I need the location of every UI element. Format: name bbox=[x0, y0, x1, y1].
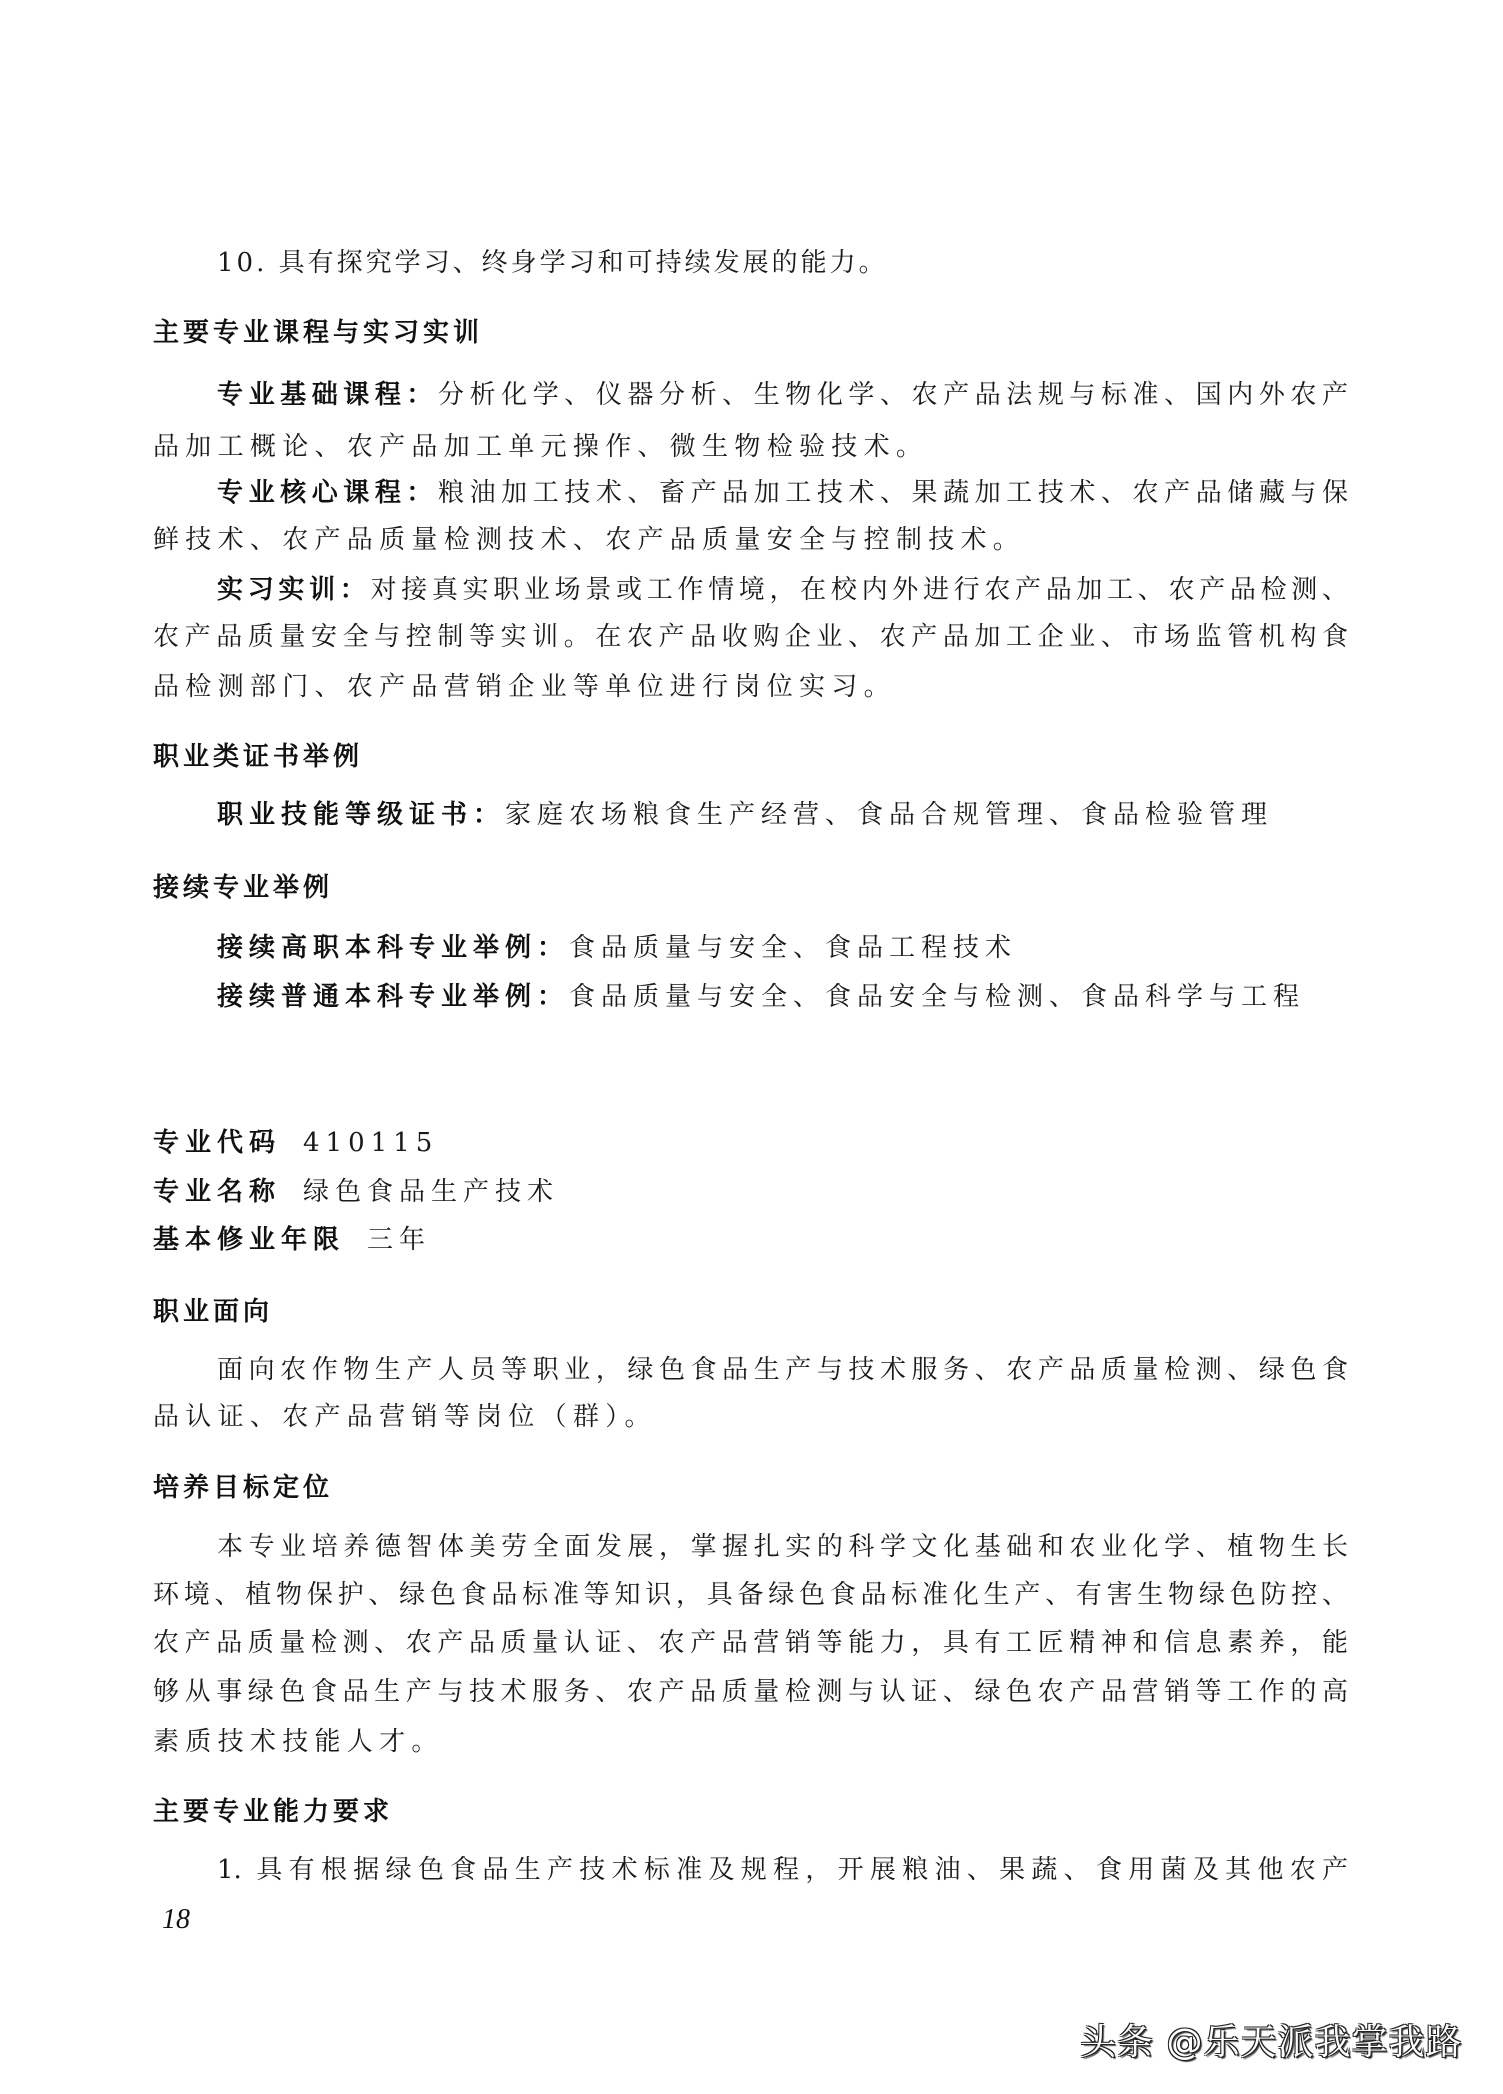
basic-courses-line-1: 专业基础课程：分析化学、仪器分析、生物化学、农产品法规与标准、国内外农产 bbox=[217, 378, 1348, 412]
major-duration-value: 三年 bbox=[367, 1225, 431, 1255]
core-courses-line-1: 专业核心课程：粮油加工技术、畜产品加工技术、果蔬加工技术、农产品储藏与保 bbox=[217, 476, 1348, 510]
basic-courses-line-2: 品加工概论、农产品加工单元操作、微生物检验技术。 bbox=[153, 430, 928, 464]
section-heading-certificates: 职业类证书举例 bbox=[153, 740, 363, 774]
major-duration-label: 基本修业年限 bbox=[153, 1225, 345, 1255]
section-heading-objective: 培养目标定位 bbox=[153, 1471, 333, 1505]
major-name-row: 专业名称绿色食品生产技术 bbox=[153, 1175, 559, 1209]
continuation-general: 接续普通本科专业举例：食品质量与安全、食品安全与检测、食品科学与工程 bbox=[217, 980, 1305, 1014]
objective-line-4: 够从事绿色食品生产与技术服务、农产品质量检测与认证、绿色农产品营销等工作的高 bbox=[153, 1675, 1348, 1709]
practice-label: 实习实训： bbox=[217, 575, 370, 605]
certificates-label: 职业技能等级证书： bbox=[217, 800, 505, 830]
objective-line-1: 本专业培养德智体美劳全面发展，掌握扎实的科学文化基础和农业化学、植物生长 bbox=[217, 1530, 1348, 1564]
career-line-2: 品认证、农产品营销等岗位（群）。 bbox=[153, 1400, 657, 1434]
major-name-label: 专业名称 bbox=[153, 1177, 281, 1207]
objective-line-2: 环境、植物保护、绿色食品标准等知识，具备绿色食品标准化生产、有害生物绿色防控、 bbox=[153, 1578, 1348, 1612]
practice-line-3: 品检测部门、农产品营销企业等单位进行岗位实习。 bbox=[153, 670, 896, 704]
major-name-value: 绿色食品生产技术 bbox=[303, 1177, 559, 1207]
continuation-higher-vocational: 接续高职本科专业举例：食品质量与安全、食品工程技术 bbox=[217, 931, 1017, 965]
major-code-value: 410115 bbox=[303, 1128, 438, 1158]
objective-line-3: 农产品质量检测、农产品质量认证、农产品营销等能力，具有工匠精神和信息素养，能 bbox=[153, 1626, 1348, 1660]
ability-item-1: 1. 具有根据绿色食品生产技术标准及规程，开展粮油、果蔬、食用菌及其他农产 bbox=[217, 1853, 1348, 1887]
practice-line-2: 农产品质量安全与控制等实训。在农产品收购企业、农产品加工企业、市场监管机构食 bbox=[153, 620, 1348, 654]
major-code-label: 专业代码 bbox=[153, 1128, 281, 1158]
certificates-line: 职业技能等级证书：家庭农场粮食生产经营、食品合规管理、食品检验管理 bbox=[217, 798, 1273, 832]
core-courses-label: 专业核心课程： bbox=[217, 478, 438, 508]
core-courses-line-2: 鲜技术、农产品质量检测技术、农产品质量安全与控制技术。 bbox=[153, 523, 1025, 557]
section-heading-continuation: 接续专业举例 bbox=[153, 871, 333, 905]
section-heading-abilities: 主要专业能力要求 bbox=[153, 1795, 393, 1829]
ability-item-10: 10. 具有探究学习、终身学习和可持续发展的能力。 bbox=[217, 246, 888, 280]
major-duration-row: 基本修业年限三年 bbox=[153, 1223, 431, 1257]
objective-line-5: 素质技术技能人才。 bbox=[153, 1725, 444, 1759]
section-heading-career: 职业面向 bbox=[153, 1295, 273, 1329]
major-code-row: 专业代码410115 bbox=[153, 1126, 438, 1160]
continuation-higher-vocational-label: 接续高职本科专业举例： bbox=[217, 933, 569, 963]
continuation-general-label: 接续普通本科专业举例： bbox=[217, 982, 569, 1012]
section-heading-courses: 主要专业课程与实习实训 bbox=[153, 316, 483, 350]
career-line-1: 面向农作物生产人员等职业，绿色食品生产与技术服务、农产品质量检测、绿色食 bbox=[217, 1353, 1348, 1387]
page-number: 18 bbox=[162, 1903, 190, 1937]
practice-line-1: 实习实训：对接真实职业场景或工作情境，在校内外进行农产品加工、农产品检测、 bbox=[217, 573, 1348, 607]
watermark: 头条 @乐天派我掌我路 bbox=[1080, 2020, 1462, 2066]
basic-courses-label: 专业基础课程： bbox=[217, 380, 438, 410]
